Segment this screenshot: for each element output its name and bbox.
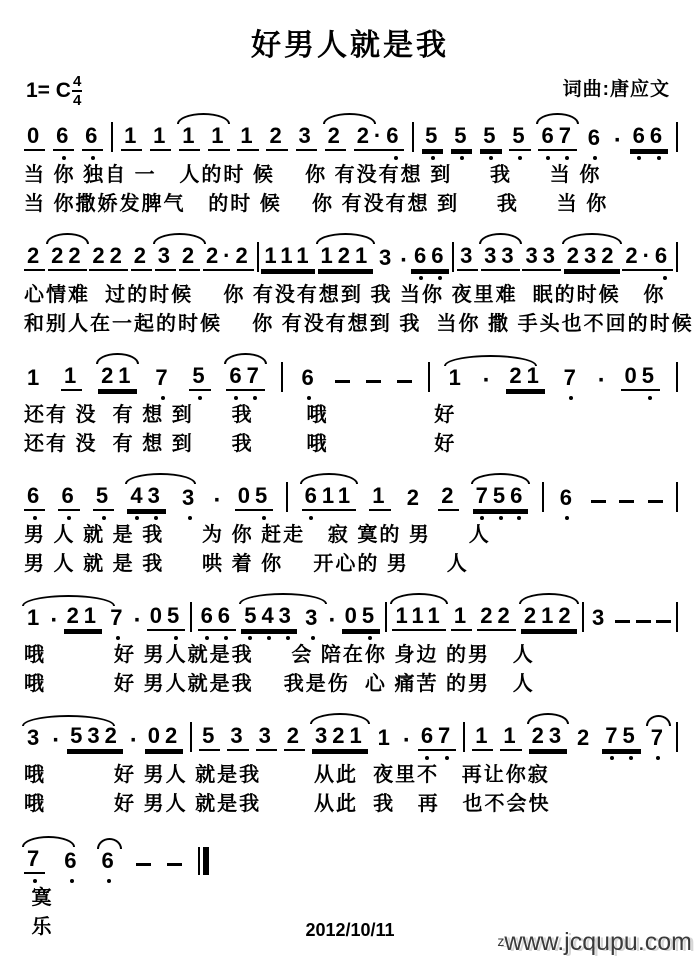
low-octave-dot (62, 156, 66, 160)
octave-dots (392, 636, 445, 640)
dot-spacer (275, 156, 279, 160)
note-group: 121 (318, 244, 374, 280)
dot-spacer (460, 636, 464, 640)
dot-spacer (385, 276, 389, 280)
duration-dash (648, 500, 663, 503)
octave-dots (256, 756, 277, 760)
barline (582, 602, 584, 632)
note-digits: 21 (64, 604, 102, 631)
note-digits: 3 (227, 724, 248, 751)
note-digits: 3 (589, 606, 610, 631)
note-digits: 5 (199, 724, 220, 751)
note-digits: 2 (438, 484, 459, 511)
note-group: 67 (538, 124, 576, 160)
dot-note: · (134, 616, 142, 626)
dot-spacer (349, 636, 353, 640)
note-digits: 3 (457, 244, 478, 271)
lyrics-line-1: 心情难 过的时候 你 有没有想到 我 当你 夜里难 眠的时候 你 (24, 282, 678, 309)
octave-dots (226, 396, 264, 400)
dot-spacer (333, 156, 337, 160)
dot-spacer (530, 276, 534, 280)
note-digits: 5 (480, 124, 501, 151)
note-digits: 33 (522, 244, 560, 271)
octave-dots (227, 756, 248, 760)
octave-dots (630, 156, 668, 160)
note-digits: 321 (312, 724, 368, 751)
octave-dots (296, 156, 317, 160)
note-digits: 43 (127, 484, 165, 511)
octave-dots (208, 156, 229, 160)
dot-spacer (187, 276, 191, 280)
octave-dots (127, 516, 165, 520)
note-group: 67 (226, 364, 264, 400)
low-octave-dot (309, 516, 313, 520)
note-group: 1 (179, 124, 200, 160)
note-digits: 5 (189, 364, 210, 391)
note-digits: 6 (24, 484, 45, 511)
note-digits: 2 (266, 124, 287, 151)
low-octave-dot (267, 636, 271, 640)
slur-arc (125, 473, 195, 484)
dot-spacer (481, 756, 485, 760)
note-digits: 5 (509, 124, 530, 151)
octave-dots (261, 276, 314, 280)
low-octave-dot (161, 396, 165, 400)
dot-spacer (549, 276, 553, 280)
dot-note: · (130, 736, 138, 746)
note-group: 43 (127, 484, 165, 520)
note-digits: 6 (58, 484, 79, 511)
octave-dots (93, 516, 114, 520)
note-group: 6 (99, 849, 120, 883)
note-digits: 1 (237, 124, 258, 151)
dot-spacer (360, 156, 364, 160)
note-group: 66 (411, 244, 449, 280)
low-octave-dot (593, 156, 597, 160)
note-digits: 232 (564, 244, 620, 271)
slur-arc (527, 713, 569, 724)
note-digits: 6 (82, 124, 103, 151)
octave-dots (369, 516, 390, 520)
low-octave-dot (569, 396, 573, 400)
octave-dots (24, 156, 45, 160)
dot-spacer (292, 756, 296, 760)
note-group: 611 (302, 484, 357, 520)
octave-dots (480, 156, 501, 160)
note-group: 1 (150, 124, 171, 160)
dot-spacer (417, 636, 421, 640)
octave-dots (477, 636, 515, 640)
dot-spacer (412, 516, 416, 520)
octave-dots (199, 756, 220, 760)
note-group: 6 (557, 486, 578, 520)
note-digits: 67 (418, 724, 456, 751)
note-group: 7 (152, 366, 173, 400)
note-group: 02 (145, 724, 183, 760)
octave-dots (48, 276, 86, 280)
octave-dots (521, 636, 577, 640)
note-digits: 67 (226, 364, 264, 391)
system: 1121756761·217·05还有 没 有 想 到 我 哦 好还有 没 有 … (24, 348, 678, 458)
octave-dots (98, 396, 136, 400)
low-octave-dot (248, 636, 252, 640)
barline (190, 602, 192, 632)
dot-spacer (504, 636, 508, 640)
note-digits: 02 (145, 724, 183, 751)
note-group: 1 (472, 724, 493, 760)
duration-dash (615, 620, 630, 623)
low-octave-dot (174, 636, 178, 640)
octave-dots (24, 516, 45, 520)
note-digits: 2 (325, 124, 346, 151)
lyrics-line-1: 男 人 就 是 我 为 你 赶走 寂 寞的 男 人 (24, 522, 678, 549)
octave-dots (457, 276, 478, 280)
dot-spacer (325, 276, 329, 280)
note-group: 21 (98, 364, 136, 400)
dot-spacer (571, 276, 575, 280)
key-prefix: 1= C (26, 79, 71, 103)
dot-spacer (362, 276, 366, 280)
dot-spacer (70, 396, 74, 400)
octave-dots (585, 156, 606, 160)
octave-dots (375, 756, 396, 760)
dot-spacer (217, 156, 221, 160)
dot-spacer (286, 276, 290, 280)
octave-dots (150, 156, 171, 160)
dot-spacer (304, 276, 308, 280)
octave-dots (61, 396, 82, 400)
note-group: 6 (24, 484, 45, 520)
dot-spacer (454, 396, 458, 400)
low-octave-dot (307, 396, 311, 400)
dot-spacer (33, 756, 37, 760)
note-digits: 22 (477, 604, 515, 631)
note-digits: 05 (342, 604, 380, 631)
note-group: 1 (24, 366, 45, 400)
low-octave-dot (154, 516, 158, 520)
note-group: 2 (325, 124, 346, 160)
slur-arc (316, 233, 376, 244)
key-row: 1= C44 词曲:唐应文 (26, 74, 670, 108)
slur-arc (239, 593, 327, 604)
lyrics-line-1: 哦 好 男人 就是我 从此 夜里不 再让你寂 (24, 762, 678, 789)
dot-spacer (536, 756, 540, 760)
final-bar-thin (198, 847, 200, 875)
dot-spacer (209, 276, 213, 280)
dot-note: · (483, 376, 491, 386)
low-octave-dot (460, 156, 464, 160)
duration-dash (167, 863, 182, 866)
low-octave-dot (224, 636, 228, 640)
note-digits: 6 (61, 849, 82, 874)
octave-dots (451, 156, 472, 160)
octave-dots (24, 756, 45, 760)
octave-dots (376, 276, 397, 280)
dot-spacer (208, 756, 212, 760)
note-digits: 2·2 (203, 244, 254, 271)
system: 222222322·21111213·66333332322·6心情难 过的时候… (24, 228, 678, 338)
octave-dots (89, 276, 127, 280)
note-digits: 2 (574, 726, 595, 751)
note-digits: 611 (302, 484, 357, 511)
dot-spacer (514, 396, 518, 400)
dot-spacer (246, 156, 250, 160)
dot-note: · (328, 616, 336, 626)
slur-arc (22, 836, 75, 847)
slur-arc (96, 353, 138, 364)
note-digits: 22 (89, 244, 127, 271)
note-group: 3 (589, 606, 610, 640)
octave-dots (298, 396, 319, 400)
note-group: 3 (155, 244, 176, 280)
octave-dots (24, 879, 45, 883)
octave-dots (67, 756, 123, 760)
note-digits: 1 (451, 604, 472, 631)
note-group: 3 (256, 724, 277, 760)
octave-dots (422, 156, 443, 160)
dot-spacer (435, 636, 439, 640)
note-digits: 6 (53, 124, 74, 151)
note-digits: 7 (24, 847, 45, 874)
system: 665433·056111227566男 人 就 是 我 为 你 赶走 寂 寞的… (24, 468, 678, 578)
note-digits: 543 (241, 604, 297, 631)
dot-note: · (50, 616, 58, 626)
dot-spacer (116, 276, 120, 280)
low-octave-dot (262, 516, 266, 520)
duration-dash (397, 380, 412, 383)
dot-spacer (154, 636, 158, 640)
dot-spacer (130, 156, 134, 160)
dot-spacer (71, 636, 75, 640)
note-digits: 7 (648, 726, 669, 751)
octave-dots (561, 396, 582, 400)
octave-dots (152, 396, 173, 400)
barline (676, 122, 678, 152)
dot-spacer (598, 636, 602, 640)
dot-note: · (52, 736, 60, 746)
dot-spacer (172, 756, 176, 760)
low-octave-dot (546, 156, 550, 160)
slur-arc (562, 233, 622, 244)
lyrics-line-1: 哦 好 男人就是我 会 陪在你 身边 的男 人 (24, 642, 678, 669)
dot-note: · (214, 496, 222, 506)
octave-dots (622, 276, 673, 280)
note-group: 1 (375, 726, 396, 760)
octave-dots (473, 516, 529, 520)
barline (676, 722, 678, 752)
low-octave-dot (91, 156, 95, 160)
note-digits: 66 (630, 124, 668, 151)
note-digits: 6 (298, 366, 319, 391)
low-octave-dot (663, 276, 667, 280)
dot-spacer (327, 516, 331, 520)
note-digits: 1 (369, 484, 390, 511)
dot-spacer (188, 156, 192, 160)
dot-spacer (590, 276, 594, 280)
note-group: 33 (522, 244, 560, 280)
note-group: 2 (404, 486, 425, 520)
dot-note: · (403, 736, 411, 746)
note-group: 5 (199, 724, 220, 760)
duration-dash (656, 620, 671, 623)
low-octave-dot (480, 516, 484, 520)
barline (542, 482, 544, 512)
note-group: 5 (451, 124, 472, 160)
low-octave-dot (517, 516, 521, 520)
final-barline (198, 847, 209, 875)
low-octave-dot (499, 516, 503, 520)
low-octave-dot (394, 156, 398, 160)
dot-spacer (646, 276, 650, 280)
note-group: 111 (392, 604, 445, 640)
note-group: 756 (473, 484, 529, 520)
dot-spacer (33, 276, 37, 280)
octave-dots (325, 156, 346, 160)
note-group: 5 (422, 124, 443, 160)
note-digits: 22 (48, 244, 86, 271)
low-octave-dot (656, 756, 660, 760)
note-digits: 5 (422, 124, 443, 151)
dot-spacer (106, 396, 110, 400)
note-group: 2 (24, 244, 45, 280)
note-group: 5 (189, 364, 210, 400)
note-group: 3 (457, 244, 478, 280)
note-digits: 3 (302, 606, 323, 631)
low-octave-dot (33, 516, 37, 520)
note-digits: 6 (585, 126, 606, 151)
octave-dots (589, 636, 610, 640)
note-group: 232 (564, 244, 620, 280)
low-octave-dot (116, 636, 120, 640)
octave-dots (237, 156, 258, 160)
note-group: 21 (64, 604, 102, 640)
note-digits: 111 (392, 604, 445, 631)
note-group: 6 (53, 124, 74, 160)
note-group: 7 (561, 366, 582, 400)
octave-dots (24, 636, 45, 640)
barline (190, 722, 192, 752)
octave-dots (557, 516, 578, 520)
notation-line: 1·217·05665433·051111222123 (24, 588, 678, 640)
note-digits: 1 (61, 364, 82, 391)
system: 066111112322·65555676·66当 你 独自 一 人的时 候 你… (24, 108, 678, 218)
note-group: 05 (235, 484, 273, 520)
low-octave-dot (205, 636, 209, 640)
note-group: 7 (107, 606, 128, 640)
dot-spacer (93, 756, 97, 760)
note-group: 21 (506, 364, 544, 400)
lyrics-line-1: 当 你 独自 一 人的时 候 你 有没有想 到 我 当 你 (24, 162, 678, 189)
note-group: 05 (147, 604, 185, 640)
octave-dots (241, 636, 297, 640)
note-digits: 2 (404, 486, 425, 511)
note-digits: 6 (99, 849, 120, 874)
note-group: 1 (451, 604, 472, 640)
dot-spacer (378, 516, 382, 520)
watermark: zwww.jcqupu.com (497, 928, 692, 957)
notation-line: 222222322·21111213·66333332322·6 (24, 228, 678, 280)
notation-line: 1121756761·217·05 (24, 348, 678, 400)
low-octave-dot (286, 636, 290, 640)
note-digits: 121 (318, 244, 374, 271)
note-digits: 212 (521, 604, 577, 631)
dot-spacer (383, 756, 387, 760)
barline (257, 242, 259, 272)
note-group: 321 (312, 724, 368, 760)
note-group: 67 (418, 724, 456, 760)
note-group: 2 (266, 124, 287, 160)
dot-note: · (614, 136, 622, 146)
note-group: 5 (509, 124, 530, 160)
note-digits: 1 (208, 124, 229, 151)
dot-spacer (489, 276, 493, 280)
lyrics-line-2: 和别人在一起的时候 你 有没有想到 我 当你 撒 手头也不回的时候 你 (24, 311, 678, 338)
dot-spacer (112, 756, 116, 760)
time-denominator: 4 (73, 92, 81, 108)
low-octave-dot (610, 756, 614, 760)
dot-spacer (533, 396, 537, 400)
barline (428, 362, 430, 392)
watermark-url: www.jcqupu.com (504, 928, 692, 956)
note-digits: 7 (561, 366, 582, 391)
dot-spacer (509, 756, 513, 760)
dot-spacer (399, 636, 403, 640)
duration-dash (366, 380, 381, 383)
note-group: 2 (574, 726, 595, 760)
note-digits: 67 (538, 124, 576, 151)
octave-dots (648, 756, 669, 760)
dot-spacer (466, 276, 470, 280)
note-group: 66 (630, 124, 668, 160)
note-digits: 1 (24, 366, 45, 391)
dot-spacer (236, 756, 240, 760)
octave-dots (411, 276, 449, 280)
note-group: 5 (480, 124, 501, 160)
octave-dots (312, 756, 368, 760)
octave-dots (131, 276, 152, 280)
note-group: 5 (93, 484, 114, 520)
note-group: 1 (237, 124, 258, 160)
octave-dots (147, 636, 185, 640)
note-group: 33 (481, 244, 519, 280)
note-digits: 05 (621, 364, 659, 391)
low-octave-dot (518, 156, 522, 160)
note-group: 22 (48, 244, 86, 280)
key-signature: 1= C44 (26, 74, 82, 108)
low-octave-dot (648, 396, 652, 400)
barline (463, 722, 465, 752)
note-digits: 1 (121, 124, 142, 151)
dot-spacer (629, 276, 633, 280)
dot-spacer (125, 396, 129, 400)
note-digits: 1 (446, 366, 467, 391)
dot-note: · (400, 256, 408, 266)
note-group: 1 (500, 724, 521, 760)
octave-dots (574, 756, 595, 760)
notation-line: 3·532·0253323211·6711232757 (24, 708, 678, 760)
note-digits: 1 (150, 124, 171, 151)
octave-dots (145, 756, 183, 760)
lyrics-line-1: 还有 没 有 想 到 我 哦 好 (24, 402, 678, 429)
octave-dots (107, 636, 128, 640)
low-octave-dot (253, 396, 257, 400)
dot-spacer (304, 156, 308, 160)
barline (676, 242, 678, 272)
note-digits: 2 (284, 724, 305, 751)
dot-spacer (338, 756, 342, 760)
system: 1·217·05665433·051111222123哦 好 男人就是我 会 陪… (24, 588, 678, 698)
note-group: 6 (82, 124, 103, 160)
